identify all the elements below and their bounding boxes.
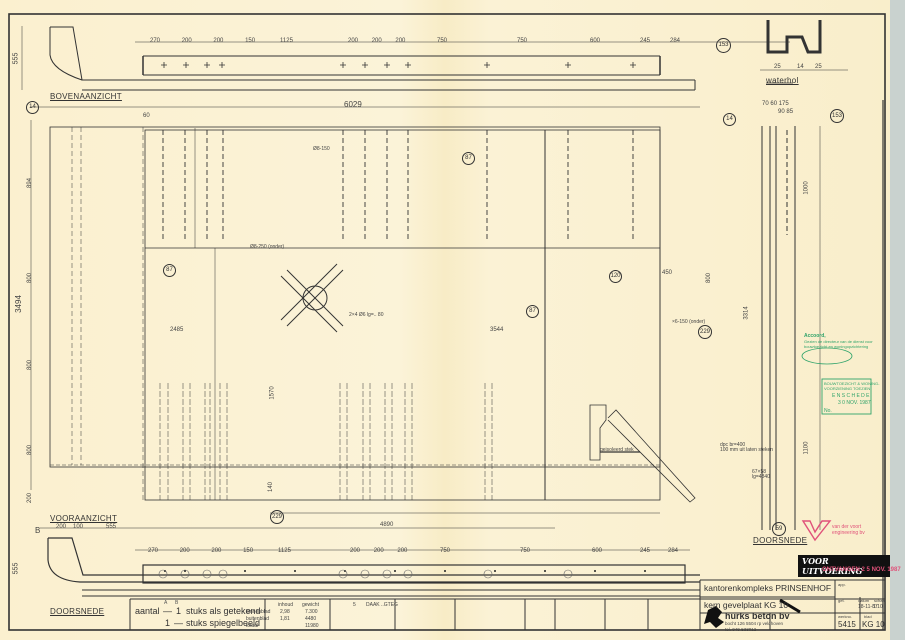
- volume-header-weight: gewicht: [302, 603, 319, 608]
- dim: 175: [779, 101, 789, 107]
- dim-waterhol-25b: 25: [815, 64, 822, 70]
- dim: 200: [374, 548, 384, 554]
- annotation-rebar-top: Ø8-150: [313, 147, 330, 152]
- dim-top-750b: 750: [517, 38, 527, 44]
- dim: 200: [397, 548, 407, 554]
- dim-top-profile-height: 555: [12, 53, 19, 65]
- dim-left-200: 200: [27, 493, 33, 503]
- sheet-label: blad: [864, 615, 872, 619]
- dim-overall-length: 6029: [344, 101, 362, 109]
- dim: 70: [762, 101, 769, 107]
- section-label-left: DOORSNEDE: [50, 607, 104, 616]
- marker-87-text: 87: [166, 267, 173, 273]
- received-stamp: ONTVANGEN 2 5 NOV. 1987: [822, 567, 901, 573]
- dim-bottom-600: 600: [592, 548, 602, 554]
- marker-59-text: 59: [776, 526, 783, 532]
- company-name: hurks beton bv: [725, 611, 790, 621]
- dim: 270: [150, 38, 160, 44]
- dim-right-top: 70 60 175: [762, 101, 789, 107]
- section-label-right: DOORSNEDE: [753, 536, 807, 545]
- approval-text: Gezien de directeur van de dienst voor b…: [804, 339, 884, 349]
- quantity-row2-a: 1: [165, 618, 170, 628]
- volume-row-label: buitenblad: [246, 617, 269, 622]
- checked-label: app.: [838, 583, 846, 587]
- dim-top-chain-2: 200 200 200: [348, 38, 405, 44]
- company-address: bocht 126 5504 rp veldhoven: [725, 622, 783, 627]
- dim-bottom-length: 4890: [380, 522, 393, 528]
- annotation-dpc: dpc br=400 100 mm uit laten steken: [720, 443, 773, 453]
- quantity-row1-b: 1: [176, 606, 181, 616]
- marker-14-text: 14: [726, 116, 733, 122]
- annotation-anchor: 2×4 Ø6 lg=.. 80: [349, 313, 383, 318]
- drawn-label: get.: [838, 599, 845, 603]
- dim-waterhol-25a: 25: [774, 64, 781, 70]
- green-box-date: 3 0 NOV. 1987: [838, 400, 871, 406]
- quantity-row2-b: —: [174, 618, 183, 628]
- dim-left-800a: 800: [27, 273, 33, 283]
- dim-mid-span: 3544: [490, 327, 503, 333]
- dim-profile-200: 200: [56, 524, 66, 530]
- marker-59: 59: [772, 522, 786, 536]
- dim-bottom-750b: 750: [520, 548, 530, 554]
- voor-uitvoering-stamp: VOOR UITVOERING: [798, 555, 890, 577]
- dim-right-top-2: 90 85: [778, 109, 793, 115]
- dim-profile-100: 100: [73, 524, 83, 530]
- dim: 200: [211, 548, 221, 554]
- company-phone: tel. 040-533012: [725, 628, 756, 633]
- dim: 85: [786, 109, 793, 115]
- marker-87-text: 87: [465, 155, 472, 161]
- marker-87-top: 87: [462, 152, 475, 165]
- pink-company-stamp: van der voort engineering bv: [832, 524, 882, 536]
- dim-left-800c: 800: [27, 445, 33, 455]
- dim-bottom-chain-2: 200 200 200: [350, 548, 407, 554]
- marker-14-left: 14: [26, 101, 39, 114]
- volume-row-content: 2,98: [280, 610, 290, 615]
- dim: 150: [245, 38, 255, 44]
- dim: 200: [372, 38, 382, 44]
- marker-229-text: 229: [700, 329, 710, 335]
- volume-header-content: inhoud: [278, 603, 293, 608]
- dim-top-284: 284: [670, 38, 680, 44]
- marker-153-top: 153: [716, 38, 731, 53]
- dim: 200: [395, 38, 405, 44]
- green-box-no: No.: [824, 408, 832, 414]
- dim-left-894: 894: [27, 178, 33, 188]
- dim: 200: [348, 38, 358, 44]
- sheet-number: KG 10: [862, 620, 885, 629]
- dim-bottom-245: 245: [640, 548, 650, 554]
- marker-229-right: 229: [698, 325, 712, 339]
- order-number: 5415: [838, 620, 856, 629]
- dim-140: 140: [268, 482, 274, 492]
- dim-1570: 1570: [270, 386, 276, 399]
- marker-87-left: 87: [163, 264, 176, 277]
- volume-row-content: 1,81: [280, 617, 290, 622]
- dim: 150: [243, 548, 253, 554]
- volume-row-label: binnenblad: [246, 610, 270, 615]
- volume-row-label: totaal: [246, 624, 258, 629]
- scale-label: schaal: [874, 599, 886, 603]
- dim-waterhol-14: 14: [797, 64, 804, 70]
- annotation-gevel-note: geisoleerd stek: [600, 448, 634, 453]
- dim-top-245: 245: [640, 38, 650, 44]
- annotation-rebar-note: ×6-150 (onder): [672, 320, 705, 325]
- volume-row-weight: 11980: [305, 624, 319, 629]
- dim: 90: [778, 109, 785, 115]
- project-name: kantorenkompleks PRINSENHOF: [704, 583, 831, 593]
- dim-450: 450: [662, 270, 672, 276]
- dim-right-1100: 1100: [803, 442, 809, 455]
- marker-229-bottom: 229: [270, 510, 284, 524]
- dim: 270: [148, 548, 158, 554]
- dim-left-800b: 800: [27, 360, 33, 370]
- top-view-label: BOVENAANZICHT: [50, 92, 122, 101]
- marker-120: 120: [609, 270, 622, 283]
- waterhol-label: waterhol: [766, 76, 799, 85]
- dim: 200: [180, 548, 190, 554]
- dim-left-span: 2485: [170, 327, 183, 333]
- dim-top-1125: 1125: [280, 38, 293, 44]
- date-label: datum: [858, 599, 869, 603]
- marker-87-mid: 87: [526, 305, 539, 318]
- marker-14-text: 14: [29, 104, 36, 110]
- dim: 200: [350, 548, 360, 554]
- dim: 60: [770, 101, 777, 107]
- marker-120-text: 120: [610, 273, 620, 279]
- dim-bottom-750a: 750: [440, 548, 450, 554]
- drawing-sheet: 153 14 14 153 87 87 87 120 229 229 59 B …: [0, 0, 890, 640]
- dim-bottom-profile-height: 555: [12, 563, 19, 575]
- marker-153-right: 153: [830, 109, 844, 123]
- dim-bottom-chain: 270 200 200 150: [148, 548, 253, 554]
- dim-right-800: 800: [706, 273, 712, 283]
- marker-14-right: 14: [723, 113, 736, 126]
- revision-text: DAAK ..GTEG: [366, 603, 398, 608]
- dim-bottom-1125: 1125: [278, 548, 291, 554]
- volume-row-weight: 4480: [305, 617, 316, 622]
- green-box-line2: VOORZIENING TOEZIEN: [824, 386, 870, 391]
- quantity-row1-a: —: [163, 606, 172, 616]
- annotation-rebar-main: Ø8-250 (onder): [250, 245, 284, 250]
- dim-60: 60: [143, 113, 150, 119]
- marker-153-text: 153: [718, 42, 728, 48]
- part-name: kern gevelplaat KG 10: [704, 600, 788, 610]
- dim-top-600: 600: [590, 38, 600, 44]
- revision-no: 5: [353, 603, 356, 608]
- dim-right-3314: 3314: [744, 306, 750, 319]
- marker-229-text: 229: [272, 514, 282, 520]
- marker-87-text: 87: [529, 308, 536, 314]
- dim: 200: [213, 38, 223, 44]
- dim: 200: [182, 38, 192, 44]
- dim-overall-width: 3494: [15, 295, 23, 313]
- marker-153-text: 153: [832, 113, 842, 119]
- section-marker-b: B: [35, 527, 40, 535]
- dim-top-750a: 750: [437, 38, 447, 44]
- dim-profile-555: 555: [106, 524, 116, 530]
- quantity-label: aantal: [135, 606, 160, 616]
- green-box-city: E N S C H E D E: [832, 393, 870, 399]
- dim-right-1000: 1000: [804, 181, 810, 194]
- order-label: werkno.: [838, 615, 852, 619]
- drawing-scale: 1:10: [873, 605, 883, 610]
- dim-bottom-284: 284: [668, 548, 678, 554]
- dim-top-chain: 270 200 200 150: [150, 38, 255, 44]
- annotation-dpc-size: 67×58 lg=4840: [752, 470, 770, 480]
- front-view-label: VOORAANZICHT: [50, 514, 117, 523]
- volume-row-weight: 7.300: [305, 610, 318, 615]
